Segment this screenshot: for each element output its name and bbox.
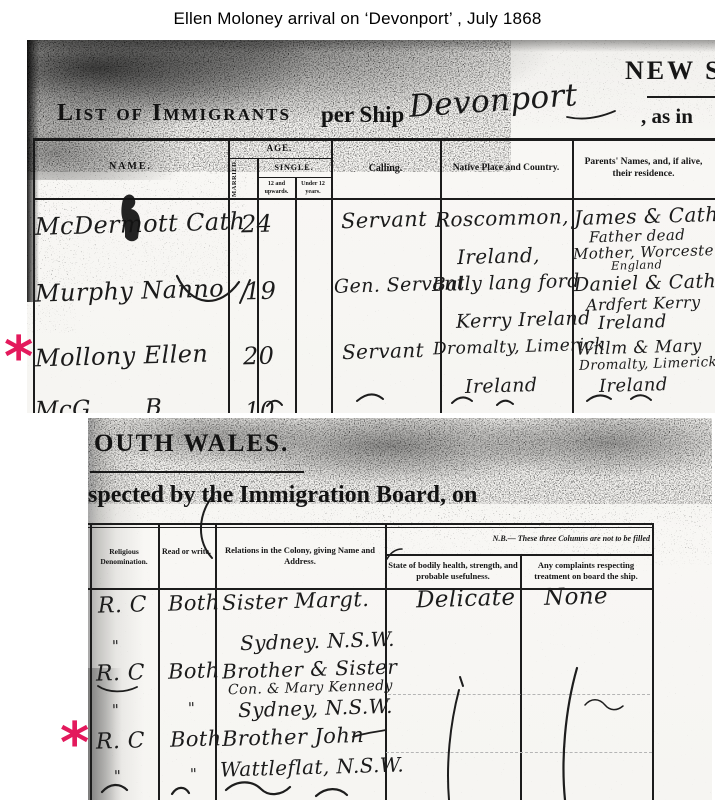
heading-rule	[90, 471, 304, 473]
brow1-health-delicate: Delicate	[416, 587, 516, 613]
col-header-read-write: Read or write.	[159, 547, 214, 558]
row1-native-2: Ireland,	[457, 245, 540, 267]
row1-parents-4: England	[611, 259, 663, 272]
scan-top-band	[27, 40, 715, 52]
corner-rule	[647, 96, 715, 98]
bvline-health-complaints	[520, 555, 522, 800]
btable-top-border	[88, 523, 654, 525]
col-header-native-place: Native Place and Country.	[440, 163, 572, 174]
row2-parents-3: Ireland	[598, 313, 667, 333]
row3-calling: Servant	[342, 340, 425, 362]
vline-age-calling	[331, 138, 333, 413]
row4-name-fragment: McG	[35, 398, 92, 413]
single-underline	[257, 177, 331, 178]
highlight-asterisk-bottom: *	[60, 716, 89, 772]
row3-native-2: Ireland	[465, 376, 538, 397]
brow1-complaints-none: None	[544, 585, 609, 610]
col-header-12-upwards: 12 and upwards.	[258, 181, 295, 197]
row2-native-1: Bally lang ford	[432, 272, 580, 295]
row1-calling: Servant	[341, 209, 428, 232]
screenshot-root: Ellen Moloney arrival on ‘Devonport’ , J…	[0, 0, 715, 800]
brow2-ditto-1: "	[112, 703, 120, 718]
brow1-relations-2: Sydney. N.S.W.	[240, 629, 395, 653]
top-scan-immigrant-list: NEW S , as in List of Immigrants per Shi…	[27, 40, 715, 413]
brow3-religion: R. C	[96, 730, 146, 753]
table-header-bottom-border	[33, 198, 715, 200]
row1-age: 24	[241, 212, 273, 237]
brow1-religion: R. C	[98, 594, 148, 617]
row3-parents-3: Ireland	[599, 376, 668, 396]
row1-name: McDermott Cath	[35, 209, 246, 239]
as-in-fragment: , as in	[641, 104, 693, 128]
vline-single-sub	[295, 177, 297, 413]
faint-dashed-line-2	[386, 752, 652, 753]
bvline-religion-read	[158, 523, 160, 800]
brow2-ditto-2: "	[188, 701, 196, 716]
new-south-wales-fragment: NEW S	[625, 56, 715, 86]
col-header-age: AGE.	[228, 143, 331, 153]
col-header-under-12: Under 12 years.	[296, 181, 330, 197]
brow3-ditto-1: "	[114, 769, 122, 784]
per-ship-label: per Ship	[321, 102, 404, 128]
col-header-religion: Religious Denomination.	[91, 547, 157, 567]
brow3-relations-2: Wattleflat, N.S.W.	[220, 754, 405, 779]
col-header-single: SINGLE.	[257, 163, 331, 172]
brow1-relations-1: Sister Margt.	[222, 589, 370, 614]
col-header-calling: Calling.	[331, 163, 440, 175]
brow2-read-write: Both	[168, 660, 220, 682]
brow3-read-write: Both	[170, 728, 222, 750]
brow3-relations-1: Brother John	[222, 725, 365, 750]
col-header-health: State of bodily health, strength, and pr…	[387, 560, 519, 583]
brow3-ditto-2: "	[190, 767, 198, 782]
nb-note: N.B.— These three Columns are not to be …	[454, 534, 650, 543]
page-title: Ellen Moloney arrival on ‘Devonport’ , J…	[0, 9, 715, 29]
col-header-relations: Relations in the Colony, giving Name and…	[216, 545, 384, 568]
brow1-read-write: Both	[168, 592, 220, 614]
row4-age-fragment: 10	[245, 400, 276, 413]
brow2-religion: R. C	[96, 662, 146, 685]
bottom-scan-immigration-board: OUTH WALES. spected by the Immigration B…	[88, 418, 712, 800]
row3-parents-2: Dromalty, Limerick	[579, 356, 715, 373]
btable-top-border-2	[88, 527, 654, 528]
faint-dashed-line-1	[388, 694, 650, 695]
south-wales-fragment: OUTH WALES.	[94, 430, 289, 459]
immigration-board-fragment: spected by the Immigration Board, on	[88, 482, 477, 510]
nb-underline-rule	[387, 554, 652, 556]
brow2-relations-3: Sydney, N.S.W.	[238, 696, 393, 720]
row2-native-2: Kerry Ireland	[456, 309, 591, 332]
row2-age: 19	[245, 279, 277, 304]
row1-native-1: Roscommon,	[435, 206, 569, 230]
col-header-name: NAME.	[33, 161, 228, 173]
table-top-border	[33, 138, 715, 141]
vline-name-age	[228, 138, 230, 413]
bvline-right	[652, 523, 654, 800]
highlight-asterisk-top: *	[4, 330, 33, 386]
col-header-married: MARRIED.	[231, 159, 255, 197]
row4-name-fragment-2: B	[145, 397, 163, 413]
col-header-complaints: Any complaints respecting treatment on b…	[521, 560, 651, 583]
list-of-immigrants-label: List of Immigrants	[57, 100, 291, 128]
col-header-parents: Parents' Names, and, if alive, their res…	[574, 157, 713, 181]
row2-name: Murphy Nanno	[35, 276, 225, 305]
row3-age: 20	[243, 344, 275, 369]
row3-name-ellen-moloney: Mollony Ellen	[35, 342, 209, 371]
row1-parents-1: James & Cath	[574, 204, 715, 228]
brow1-ditto: "	[112, 639, 120, 654]
